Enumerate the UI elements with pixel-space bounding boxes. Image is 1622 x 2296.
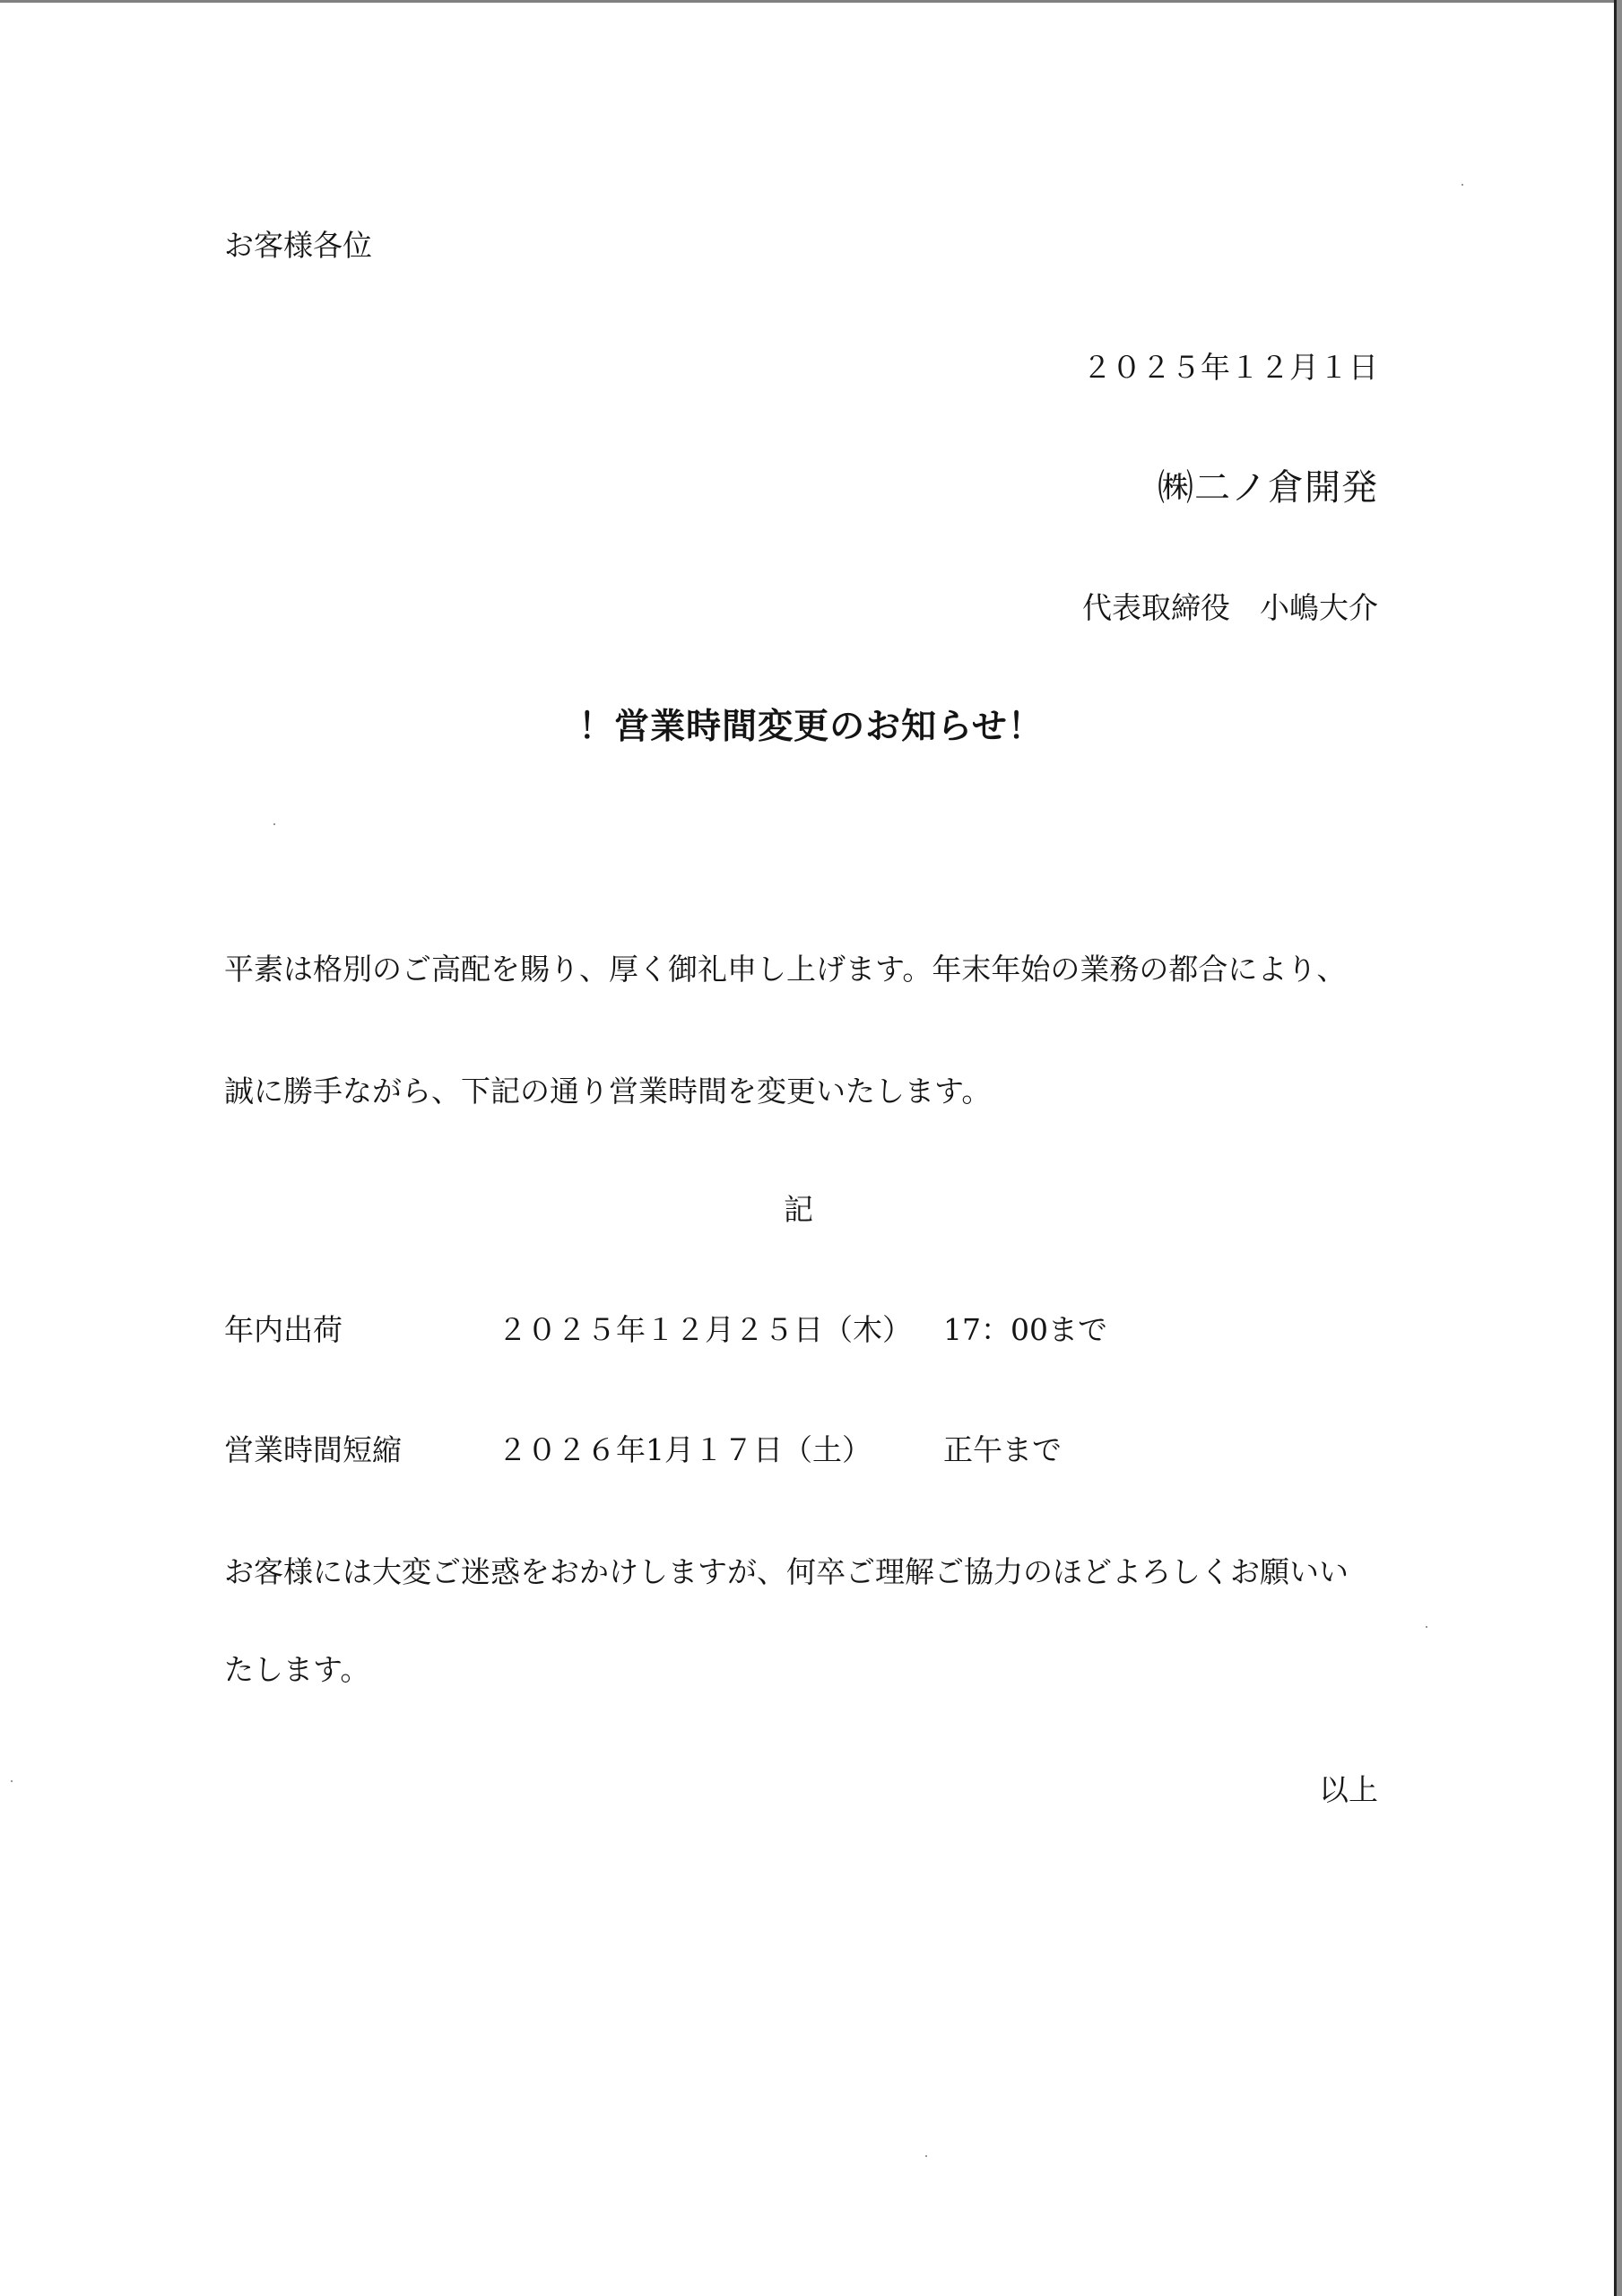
scan-speck xyxy=(1462,184,1463,186)
body-line: 平素は格別のご高配を賜り、厚く御礼申し上げます。年末年始の業務の都合により、 xyxy=(224,952,1346,987)
scan-speck xyxy=(925,2155,927,2157)
notice-title: ！営業時間変更のお知らせ！ xyxy=(0,705,1622,748)
schedule-date: ２０２６年1月１７日（土） xyxy=(498,1432,872,1468)
addressee: お客様各位 xyxy=(224,228,372,264)
schedule-time: 正午まで xyxy=(943,1432,1062,1468)
representative: 代表取締役 小嶋大介 xyxy=(1082,590,1378,626)
schedule-label: 営業時間短縮 xyxy=(224,1432,402,1468)
scan-speck xyxy=(11,1780,13,1782)
company-name: ㈱二ノ倉開発 xyxy=(1158,466,1378,509)
schedule-time: 17：00まで xyxy=(943,1312,1107,1348)
closing-line: たします。 xyxy=(224,1652,369,1688)
scan-right-edge xyxy=(1614,0,1622,2296)
schedule-date: ２０２５年１２月２５日（木） xyxy=(498,1312,912,1348)
schedule-label: 年内出荷 xyxy=(224,1312,343,1348)
scan-top-edge xyxy=(0,0,1622,3)
ki-heading: 記 xyxy=(784,1192,813,1228)
body-line: 誠に勝手ながら、下記の通り営業時間を変更いたします。 xyxy=(224,1074,991,1109)
issue-date: ２０２５年１２月１日 xyxy=(1082,350,1378,386)
schedule-row: 年内出荷 ２０２５年１２月２５日（木） 17：00まで xyxy=(0,1312,1622,1348)
scan-speck xyxy=(1426,1626,1427,1628)
scan-speck xyxy=(273,823,275,825)
schedule-row: 営業時間短縮 ２０２６年1月１７日（土） 正午まで xyxy=(0,1432,1622,1468)
closing-line: お客様には大変ご迷惑をおかけしますが、何卒ご理解ご協力のほどよろしくお願いい xyxy=(224,1554,1349,1590)
end-mark: 以上 xyxy=(1319,1772,1378,1808)
